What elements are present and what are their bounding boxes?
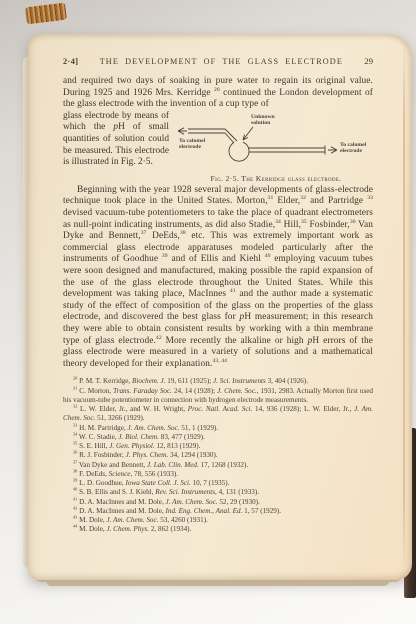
footnote: 42 D. A. MacInnes and M. Dole, Ind. Eng.… (63, 507, 373, 516)
page-stack-bottom-edge (46, 579, 390, 586)
figure-caption: Fig. 2·5. The Kerridge glass electrode. (171, 174, 381, 183)
footnote: 37 Van Dyke and Bennett, J. Lab. Clin. M… (63, 461, 373, 470)
footnotes: 20 P. M. T. Kerridge, Biochem. J. 19, 61… (63, 377, 373, 534)
paragraph: and required two days of soaking in pure… (63, 76, 373, 111)
footnote: 39 L. D. Goodhue, Iowa State Coll. J. Sc… (63, 479, 373, 488)
page-edge-line (403, 44, 405, 572)
footnote: 43 M. Dole, J. Am. Chem. Soc. 53, 4260 (… (63, 516, 373, 525)
footnote: 41 D. A. MacInnes and M. Dole, J. Am. Ch… (63, 498, 373, 507)
page-content: 2·4] THE DEVELOPMENT OF THE GLASS ELECTR… (63, 56, 373, 535)
footnote: 40 S. B. Ellis and S. J. Kiehl, Rev. Sci… (63, 488, 373, 497)
electrode-diagram: To calomel electrode Unknown solution To… (173, 115, 379, 171)
page-number: 29 (364, 56, 373, 66)
footnote: 38 F. DeEds, Science, 78, 556 (1933). (63, 470, 373, 479)
text-figure-row: glass electrode by means of which the pH… (63, 111, 373, 183)
page-title: THE DEVELOPMENT OF THE GLASS ELECTRODE (100, 57, 343, 66)
figure-label-right: To calomel electrode (340, 142, 366, 155)
gilt-page-edge (25, 3, 67, 25)
paragraph: Beginning with the year 1928 several maj… (63, 185, 373, 371)
footnote: 31 C. Morton, Trans. Faraday Soc. 24, 14… (63, 387, 373, 406)
footnote: 32 L. W. Elder, Jr., and W. H. Wright, P… (63, 405, 373, 424)
figure-label-top: Unknown solution (251, 114, 275, 127)
footnote: 33 H. M. Partridge, J. Am. Chem. Soc. 51… (63, 424, 373, 433)
figure: To calomel electrode Unknown solution To… (181, 111, 373, 183)
book-page: 2·4] THE DEVELOPMENT OF THE GLASS ELECTR… (28, 34, 412, 580)
paragraph-continuation: glass electrode by means of which the pH… (63, 111, 169, 183)
footnote: 44 M. Dole, J. Chem. Phys. 2, 862 (1934)… (63, 525, 373, 534)
book-photo: 2·4] THE DEVELOPMENT OF THE GLASS ELECTR… (0, 0, 416, 624)
footnote: 20 P. M. T. Kerridge, Biochem. J. 19, 61… (63, 377, 373, 386)
footnote: 36 R. J. Fosbinder, J. Phys. Chem. 34, 1… (63, 451, 373, 460)
running-head: 2·4] THE DEVELOPMENT OF THE GLASS ELECTR… (63, 56, 373, 66)
figure-label-left: To calomel electrode (179, 138, 205, 151)
footnote: 34 W. C. Stadie, J. Biol. Chem. 83, 477 … (63, 433, 373, 442)
section-number: 2·4] (63, 57, 78, 66)
footnote: 35 S. E. Hill, J. Gen. Physiol. 12, 813 … (63, 442, 373, 451)
